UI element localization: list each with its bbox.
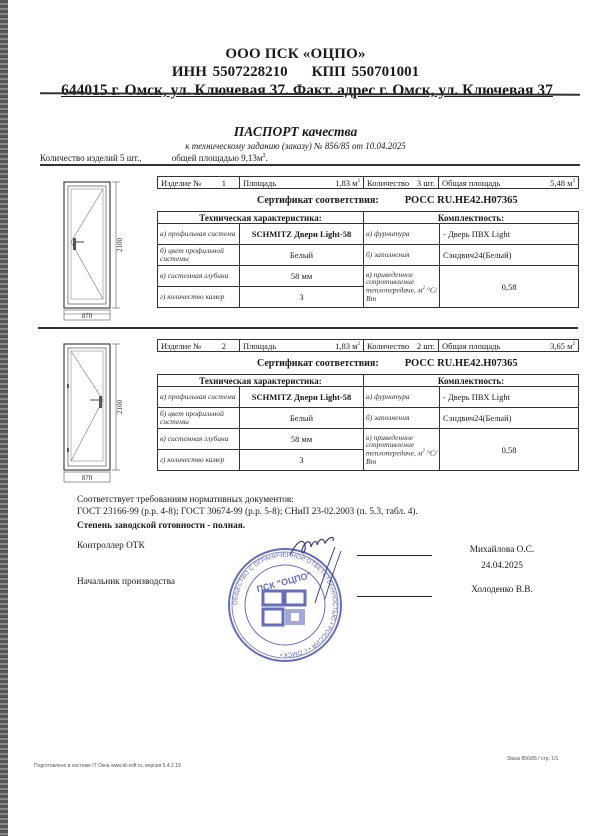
door-drawing-2: 2100 870 bbox=[50, 338, 150, 488]
item-total-area: 5,48 м bbox=[550, 178, 572, 188]
item-area: 1,83 м bbox=[335, 178, 357, 188]
spec-header-tech: Техническая характеристика: bbox=[158, 375, 364, 387]
company-name: ООО ПСК «ОЦПО» bbox=[0, 46, 591, 63]
production-head-name: Холоденко В.В. bbox=[447, 585, 557, 595]
svg-text:870: 870 bbox=[82, 474, 93, 482]
item-total-area: 3,65 м bbox=[550, 341, 572, 351]
certificate-number: РОСС RU.HE42.H07365 bbox=[405, 195, 518, 206]
item-number: 1 bbox=[222, 178, 226, 188]
door-diagram-icon: 2100 870 bbox=[50, 176, 150, 326]
item-quantity: 3 шт. bbox=[417, 178, 435, 188]
svg-text:2100: 2100 bbox=[116, 400, 124, 415]
handwritten-signature bbox=[285, 533, 355, 623]
item-summary-row: Изделие №2 Площадь1,83 м2 Количество2 шт… bbox=[157, 339, 579, 352]
spec-table: Техническая характеристика: Комплектност… bbox=[157, 211, 579, 308]
item-block-2: Изделие №2 Площадь1,83 м2 Количество2 шт… bbox=[157, 339, 579, 471]
signature-line bbox=[357, 596, 432, 597]
company-address: 644015 г. Омск, ул. Ключевая 37. Факт. а… bbox=[52, 82, 562, 100]
certificate: Сертификат соответствия: РОСС RU.HE42.H0… bbox=[157, 189, 579, 211]
footer-page-info: Заказ 856/85 / стр. 1/1 bbox=[507, 756, 558, 762]
controller-label: Контроллер ОТК bbox=[77, 541, 145, 551]
spec-header-kit: Комплектность: bbox=[364, 212, 579, 224]
certificate: Сертификат соответствия: РОСС RU.HE42.H0… bbox=[157, 352, 579, 374]
footer-software-note: Подготовлено в системе IT Окна www.itt-s… bbox=[34, 763, 181, 769]
divider bbox=[38, 327, 578, 329]
norms-compliance: Соответствует требованиям нормативных до… bbox=[77, 494, 418, 518]
signature-line bbox=[357, 555, 432, 556]
divider bbox=[40, 164, 580, 166]
door-drawing-1: 2100 870 bbox=[50, 176, 150, 326]
signature-date: 24.04.2025 bbox=[447, 561, 557, 571]
production-head-label: Начальник производства bbox=[77, 577, 175, 587]
inn: ИНН 5507228210 bbox=[172, 64, 288, 80]
svg-text:2100: 2100 bbox=[116, 238, 124, 253]
kpp: КПП 550701001 bbox=[312, 64, 419, 80]
spec-table: Техническая характеристика: Комплектност… bbox=[157, 374, 579, 471]
readiness-statement: Степень заводской готовности - полная. bbox=[77, 521, 245, 531]
company-tax-ids: ИНН 5507228210КПП 550701001 bbox=[0, 64, 591, 81]
certificate-number: РОСС RU.HE42.H07365 bbox=[405, 358, 518, 369]
document-title: ПАСПОРТ качества bbox=[0, 124, 591, 140]
signature-icon bbox=[285, 533, 355, 623]
item-number: 2 bbox=[222, 341, 226, 351]
item-quantity: 2 шт. bbox=[417, 341, 435, 351]
item-area: 1,83 м bbox=[335, 341, 357, 351]
spec-header-tech: Техническая характеристика: bbox=[158, 212, 364, 224]
document-subtitle: к техническому заданию (заказу) № 856/85… bbox=[0, 141, 591, 151]
item-block-1: Изделие №1 Площадь1,83 м2 Количество3 шт… bbox=[157, 176, 579, 308]
controller-name: Михайлова О.С. bbox=[447, 545, 557, 555]
door-diagram-icon: 2100 870 bbox=[50, 338, 150, 488]
spec-header-kit: Комплектность: bbox=[364, 375, 579, 387]
item-summary-row: Изделие №1 Площадь1,83 м2 Количество3 шт… bbox=[157, 176, 579, 189]
svg-text:870: 870 bbox=[82, 312, 93, 320]
total-quantity: Количество изделий 5 шт., общей площадью… bbox=[40, 153, 268, 163]
